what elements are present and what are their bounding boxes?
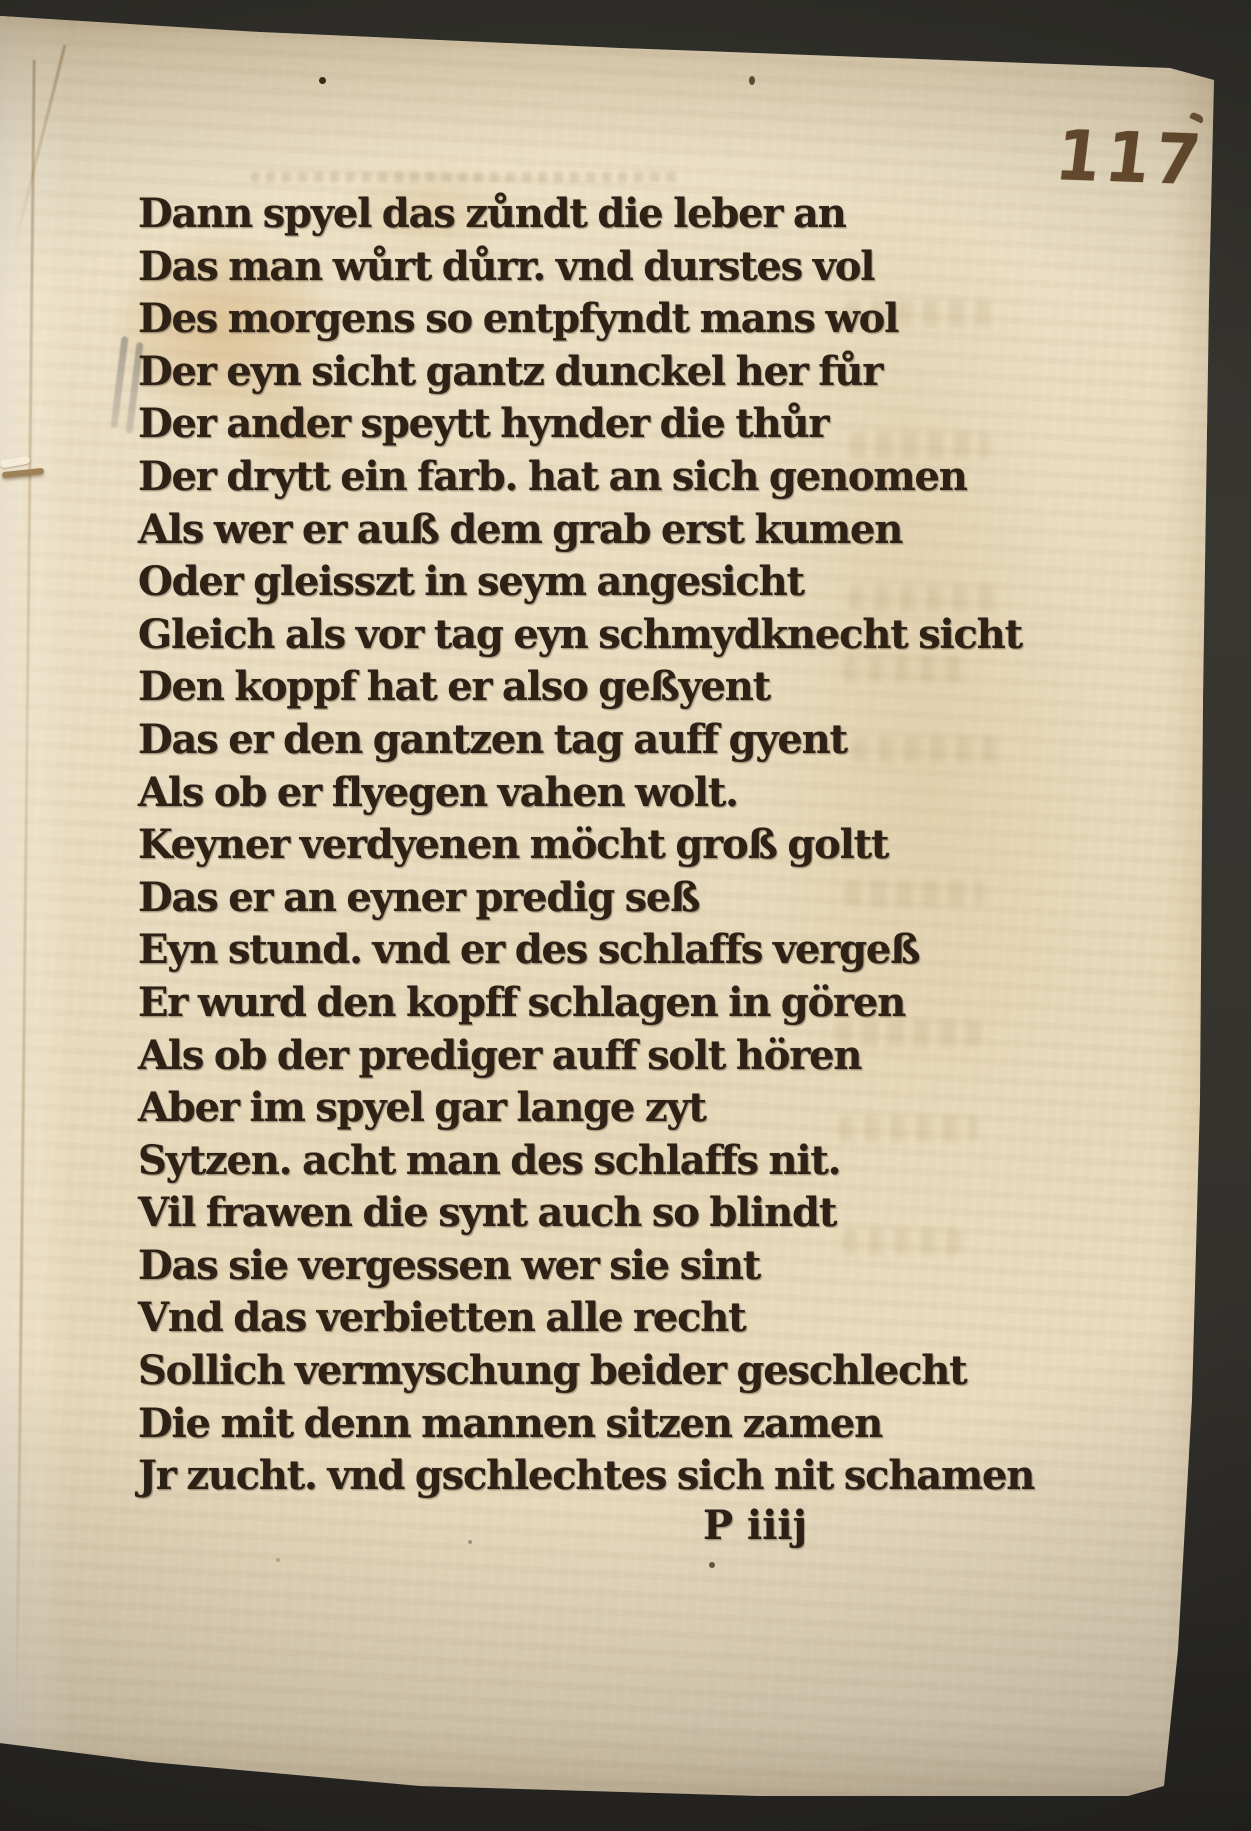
paper-sheet: 117 Dann spyel das zůndt die leber an Da…: [0, 0, 1251, 1831]
verse-line: Der ander speytt hynder die thůr: [138, 398, 1138, 451]
verse-line: Die mit denn mannen sitzen zamen: [138, 1398, 1138, 1451]
verse-line: Der eyn sicht gantz dunckel her fůr: [138, 346, 1138, 399]
ink-speck: [468, 1540, 472, 1544]
verse-line: Vnd das verbietten alle recht: [138, 1292, 1138, 1345]
ink-speck: [749, 76, 755, 85]
sewing-thread: [0, 455, 30, 468]
verse-line: Das man wůrt důrr. vnd durstes vol: [138, 241, 1138, 294]
pencil-mark: [110, 336, 128, 428]
book-page-scan: 117 Dann spyel das zůndt die leber an Da…: [0, 0, 1251, 1831]
verse-line: Aber im spyel gar lange zyt: [138, 1082, 1138, 1135]
verse-line: Eyn stund. vnd er des schlaffs vergeß: [138, 924, 1138, 977]
verse-line: Sollich vermyschung beider geschlecht: [138, 1345, 1138, 1398]
verse-line: Jr zucht. vnd gschlechtes sich nit scham…: [138, 1450, 1138, 1503]
ink-speck: [709, 1562, 715, 1568]
verse-line: Den koppf hat er also geßyent: [138, 661, 1138, 714]
ink-speck: [319, 77, 326, 84]
signature-mark: P iiij: [703, 1502, 807, 1549]
verse-line: Vil frawen die synt auch so blindt: [138, 1187, 1138, 1240]
verse-line: Er wurd den kopff schlagen in gören: [138, 977, 1138, 1030]
verse-line: Als ob der prediger auff solt hören: [138, 1030, 1138, 1083]
verse-line: Als wer er auß dem grab erst kumen: [138, 504, 1138, 557]
showthrough-streak: [250, 172, 680, 182]
verse-line: Das sie vergessen wer sie sint: [138, 1240, 1138, 1293]
verse-line: Gleich als vor tag eyn schmydknecht sich…: [138, 609, 1138, 662]
fold-crease: [13, 45, 67, 249]
ink-speck: [276, 1558, 280, 1562]
sewing-slit: [2, 468, 44, 478]
verse-block: Dann spyel das zůndt die leber an Das ma…: [138, 188, 1138, 1503]
verse-line: Das er an eyner predig seß: [138, 872, 1138, 925]
verse-line: Des morgens so entpfyndt mans wol: [138, 293, 1138, 346]
verse-line: Das er den gantzen tag auff gyent: [138, 714, 1138, 767]
verse-line: Keyner verdyenen möcht groß goltt: [138, 819, 1138, 872]
verse-line: Oder gleisszt in seym angesicht: [138, 556, 1138, 609]
verse-line: Dann spyel das zůndt die leber an: [138, 188, 1138, 241]
verse-line: Der drytt ein farb. hat an sich genomen: [138, 451, 1138, 504]
fold-crease: [15, 60, 35, 1720]
verse-line: Sytzen. acht man des schlaffs nit.: [138, 1135, 1138, 1188]
verse-line: Als ob er flyegen vahen wolt.: [138, 767, 1138, 820]
